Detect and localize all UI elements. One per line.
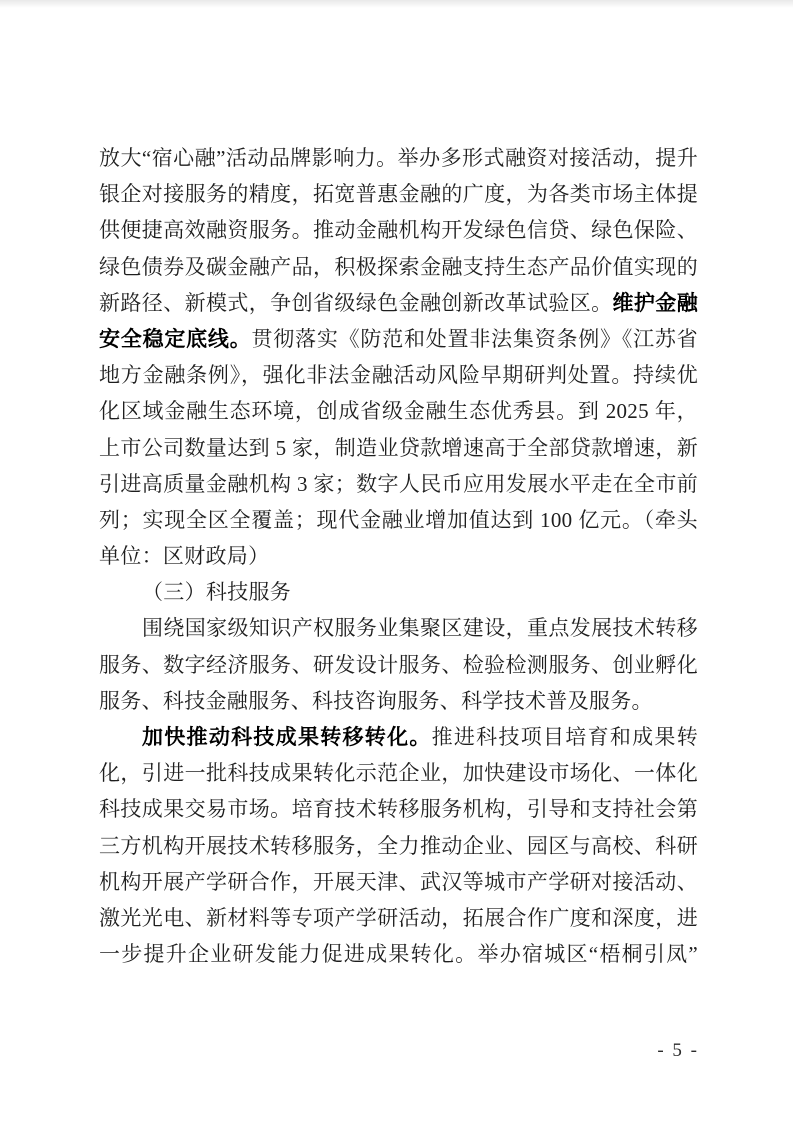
line-text: 列；实现全区全覆盖；现代金融业增加值达到 100 亿元。（牵头: [99, 508, 698, 532]
line-text: 贯彻落实《防范和处置非法集资条例》《江苏省: [252, 327, 699, 351]
line-text: 推进科技项目培育和成果转: [432, 725, 698, 749]
text-line: 激光光电、新材料等专项产学研活动，拓展合作广度和深度，进: [99, 900, 698, 936]
document-page: { "doc": { "ink_color": "#1e1e1e", "page…: [0, 0, 793, 1122]
line-text: 绿色债券及碳金融产品，积极探索金融支持生态产品价值实现的: [99, 255, 698, 279]
text-line: 新路径、新模式，争创省级绿色金融创新改革试验区。维护金融: [99, 285, 698, 321]
text-line: 安全稳定底线。贯彻落实《防范和处置非法集资条例》《江苏省: [99, 321, 698, 357]
text-line: 科技成果交易市场。培育技术转移服务机构，引导和支持社会第: [99, 791, 698, 827]
scan-edge-artifact: [0, 0, 793, 8]
text-line: 一步提升企业研发能力促进成果转化。举办宿城区“梧桐引凤”: [99, 936, 698, 972]
line-text: 地方金融条例》，强化非法金融活动风险早期研判处置。持续优: [99, 363, 698, 387]
text-line: 上市公司数量达到 5 家，制造业贷款增速高于全部贷款增速，新: [99, 430, 698, 466]
line-text: （三）科技服务: [142, 580, 291, 604]
text-line: 单位：区财政局）: [99, 538, 698, 574]
text-line: 机构开展产学研合作，开展天津、武汉等城市产学研对接活动、: [99, 864, 698, 900]
line-text: 银企对接服务的精度，拓宽普惠金融的广度，为各类市场主体提: [99, 182, 698, 206]
body-text: 放大“宿心融”活动品牌影响力。举办多形式融资对接活动，提升 银企对接服务的精度，…: [99, 140, 698, 972]
text-line: 地方金融条例》，强化非法金融活动风险早期研判处置。持续优: [99, 357, 698, 393]
line-text: 单位：区财政局）: [99, 544, 269, 568]
text-line: 引进高质量金融机构 3 家；数字人民币应用发展水平走在全市前: [99, 466, 698, 502]
line-text: 新路径、新模式，争创省级绿色金融创新改革试验区。: [99, 291, 613, 315]
line-text: 一步提升企业研发能力促进成果转化。举办宿城区“梧桐引凤”: [99, 942, 698, 966]
line-text: 围绕国家级知识产权服务业集聚区建设，重点发展技术转移: [142, 616, 698, 640]
line-text: 服务、科技金融服务、科技咨询服务、科学技术普及服务。: [99, 689, 653, 713]
line-text: 服务、数字经济服务、研发设计服务、检验检测服务、创业孵化: [99, 653, 698, 677]
line-text: 化区域金融生态环境，创成省级金融生态优秀县。到 2025 年，: [99, 399, 698, 423]
line-text: 放大“宿心融”活动品牌影响力。举办多形式融资对接活动，提升: [99, 146, 698, 170]
line-bold-text: 安全稳定底线。: [99, 328, 252, 351]
line-text: 引进高质量金融机构 3 家；数字人民币应用发展水平走在全市前: [99, 472, 698, 496]
line-text: 化，引进一批科技成果转化示范企业，加快建设市场化、一体化: [99, 761, 698, 785]
text-line: 围绕国家级知识产权服务业集聚区建设，重点发展技术转移: [99, 610, 698, 646]
section-heading: （三）科技服务: [99, 574, 698, 610]
text-line: 绿色债券及碳金融产品，积极探索金融支持生态产品价值实现的: [99, 249, 698, 285]
text-line: 化区域金融生态环境，创成省级金融生态优秀县。到 2025 年，: [99, 393, 698, 429]
text-line: 列；实现全区全覆盖；现代金融业增加值达到 100 亿元。（牵头: [99, 502, 698, 538]
line-bold-text: 加快推动科技成果转移转化。: [142, 726, 432, 749]
text-line: 银企对接服务的精度，拓宽普惠金融的广度，为各类市场主体提: [99, 176, 698, 212]
line-text: 上市公司数量达到 5 家，制造业贷款增速高于全部贷款增速，新: [99, 436, 698, 460]
page-number: - 5 -: [657, 1040, 699, 1062]
line-bold-text: 维护金融: [613, 292, 698, 315]
text-line: 三方机构开展技术转移服务，全力推动企业、园区与高校、科研: [99, 828, 698, 864]
text-line: 服务、科技金融服务、科技咨询服务、科学技术普及服务。: [99, 683, 698, 719]
text-line: 加快推动科技成果转移转化。推进科技项目培育和成果转: [99, 719, 698, 755]
line-text: 激光光电、新材料等专项产学研活动，拓展合作广度和深度，进: [99, 906, 698, 930]
line-text: 科技成果交易市场。培育技术转移服务机构，引导和支持社会第: [99, 797, 698, 821]
text-line: 化，引进一批科技成果转化示范企业，加快建设市场化、一体化: [99, 755, 698, 791]
text-line: 服务、数字经济服务、研发设计服务、检验检测服务、创业孵化: [99, 647, 698, 683]
line-text: 机构开展产学研合作，开展天津、武汉等城市产学研对接活动、: [99, 870, 698, 894]
line-text: 供便捷高效融资服务。推动金融机构开发绿色信贷、绿色保险、: [99, 218, 698, 242]
text-line: 供便捷高效融资服务。推动金融机构开发绿色信贷、绿色保险、: [99, 212, 698, 248]
text-line: 放大“宿心融”活动品牌影响力。举办多形式融资对接活动，提升: [99, 140, 698, 176]
line-text: 三方机构开展技术转移服务，全力推动企业、园区与高校、科研: [99, 834, 698, 858]
